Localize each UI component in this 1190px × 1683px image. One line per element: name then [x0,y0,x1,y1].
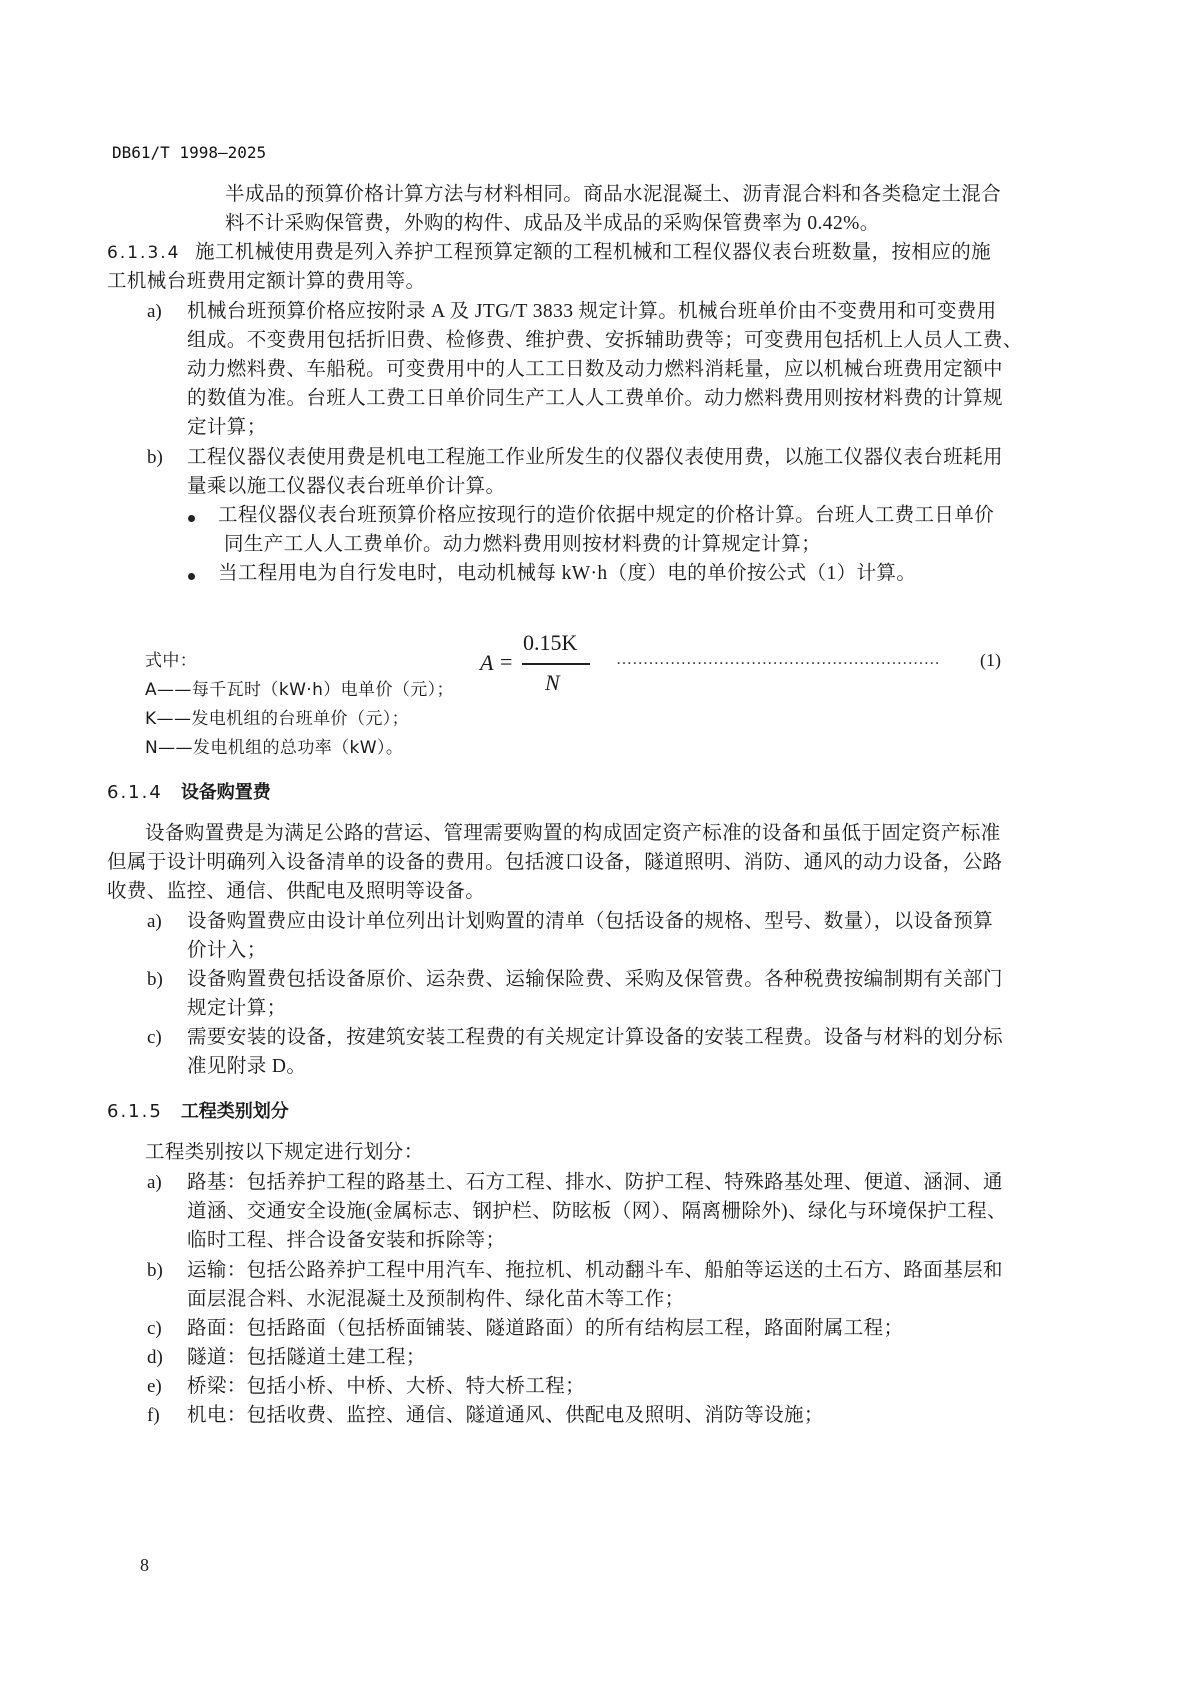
list-item-line: 价计入； [187,937,267,965]
list-marker: f) [147,1402,160,1430]
list-item-line: 动力燃料费、车船税。可变费用中的人工工日数及动力燃料消耗量，应以机械台班费用定额… [187,356,1003,384]
document-id-header: DB61/T 1998—2025 [112,143,266,162]
list-marker: b) [147,1257,163,1285]
section-number: 6.1.5 [107,1101,163,1122]
list-item-line: 的数值为准。台班人工费工日单价同生产工人人工费单价。动力燃料费用则按材料费的计算… [187,385,1003,413]
list-item-line: 道涵、交通安全设施(金属标志、钢护栏、防眩板（网）、隔离栅除外)、绿化与环境保护… [187,1198,1007,1226]
bullet-icon [188,515,195,522]
body-text-line: 料不计采购保管费，外购的构件、成品及半成品的采购保管费率为 0.42%。 [225,210,880,238]
list-item-line: 隧道：包括隧道土建工程； [187,1344,426,1372]
section-number: 6.1.4 [107,782,163,803]
section-title: 设备购置费 [181,782,271,803]
variable-definition: A——每千瓦时（kW·h）电单价（元）； [145,676,454,704]
fraction-bar [522,663,590,665]
paragraph-line: 设备购置费是为满足公路的营运、管理需要购置的构成固定资产标准的设备和虽低于固定资… [145,820,1001,848]
section-heading-6-1-5: 6.1.5工程类别划分 [107,1097,289,1123]
list-item-line: 机械台班预算价格应按附录 A 及 JTG/T 3833 规定计算。机械台班单价由… [187,298,997,326]
page-number: 8 [140,1555,149,1576]
bullet-icon [188,573,195,580]
list-marker: c) [147,1315,162,1343]
section-heading-6-1-4: 6.1.4设备购置费 [107,778,271,804]
paragraph-line: 工程类别按以下规定进行划分： [145,1139,424,1167]
body-text-line: 工机械台班费用定额计算的费用等。 [107,268,425,296]
list-marker: b) [147,444,163,472]
list-item-line: 组成。不变费用包括折旧费、检修费、维护费、安拆辅助费等；可变费用包括机上人员人工… [187,327,1023,355]
list-marker: a) [147,908,162,936]
list-marker: a) [147,298,162,326]
variable-definition: N——发电机组的总功率（kW）。 [145,734,403,762]
formula-denominator: N [545,670,560,696]
formula-numerator: 0.15K [523,630,577,656]
list-marker: c) [147,1024,162,1052]
list-item-line: 准见附录 D。 [187,1053,306,1081]
list-marker: e) [147,1373,162,1401]
list-item-line: 面层混合料、水泥混凝土及预制构件、绿化苗木等工作； [187,1286,685,1314]
list-item-line: 量乘以施工仪器仪表台班单价计算。 [187,473,505,501]
list-item-line: 运输：包括公路养护工程中用汽车、拖拉机、机动翻斗车、船舶等运送的土石方、路面基层… [187,1257,1003,1285]
variable-definition: K——发电机组的台班单价（元）； [145,705,409,733]
list-item-line: 临时工程、拌合设备安装和拆除等； [187,1227,505,1255]
section-title: 工程类别划分 [181,1101,289,1122]
body-text-line: 半成品的预算价格计算方法与材料相同。商品水泥混凝土、沥青混合料和各类稳定土混合 [225,181,1001,209]
list-item-line: 路面：包括路面（包括桥面铺装、隧道路面）的所有结构层工程，路面附属工程； [187,1315,903,1343]
list-item-line: 需要安装的设备，按建筑安装工程费的有关规定计算设备的安装工程费。设备与材料的划分… [187,1024,1003,1052]
bullet-item-line: 同生产工人人工费单价。动力燃料费用则按材料费的计算规定计算； [224,531,821,559]
clause-number: 6.1.3.4 [107,239,180,267]
bullet-item-line: 当工程用电为自行发电时，电动机械每 kW·h（度）电的单价按公式（1）计算。 [218,560,916,588]
list-item-line: 规定计算； [187,995,287,1023]
list-marker: a) [147,1169,162,1197]
list-item-line: 设备购置费包括设备原价、运杂费、运输保险费、采购及保管费。各种税费按编制期有关部… [187,966,1003,994]
list-item-line: 路基：包括养护工程的路基土、石方工程、排水、防护工程、特殊路基处理、便道、涵洞、… [187,1169,1003,1197]
where-title: 式中： [145,647,197,675]
bullet-item-line: 工程仪器仪表台班预算价格应按现行的造价依据中规定的价格计算。台班人工费工日单价 [218,502,994,530]
equation-1: A = 0.15K N …………………………………………………… (1) [480,630,1040,710]
paragraph-line: 但属于设计明确列入设备清单的设备的费用。包括渡口设备，隧道照明、消防、通风的动力… [107,849,1003,877]
list-marker: b) [147,966,163,994]
formula-equals: = [500,649,512,675]
paragraph-line: 收费、监控、通信、供配电及照明等设备。 [107,878,485,906]
formula-lhs: A [480,650,493,676]
equation-number: (1) [980,650,1001,671]
list-item-line: 定计算； [187,414,267,442]
formula-leader-dots: …………………………………………………… [616,651,940,669]
body-text-line: 施工机械使用费是列入养护工程预算定额的工程机械和工程仪器仪表台班数量，按相应的施 [195,239,991,267]
list-item-line: 设备购置费应由设计单位列出计划购置的清单（包括设备的规格、型号、数量），以设备预… [187,908,993,936]
list-marker: d) [147,1344,163,1372]
list-item-line: 工程仪器仪表使用费是机电工程施工作业所发生的仪器仪表使用费，以施工仪器仪表台班耗… [187,444,1003,472]
list-item-line: 机电：包括收费、监控、通信、隧道通风、供配电及照明、消防等设施； [187,1402,824,1430]
list-item-line: 桥梁：包括小桥、中桥、大桥、特大桥工程； [187,1373,585,1401]
